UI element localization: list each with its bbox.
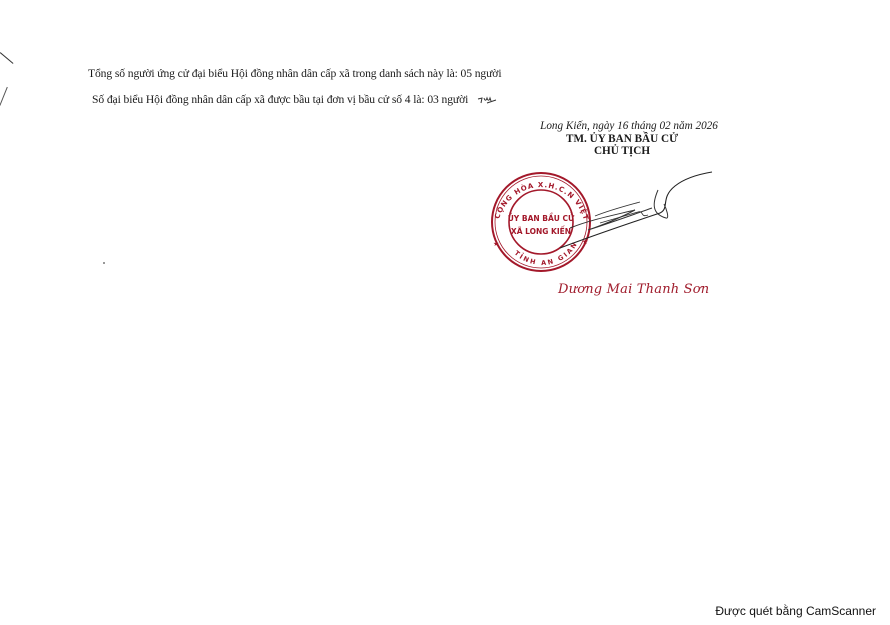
signature-block: Long Kiến, ngày 16 tháng 02 năm 2026 TM.… xyxy=(490,120,740,157)
signer-name: Dương Mai Thanh Sơn xyxy=(558,282,709,297)
scanned-document-page: Tổng số người ứng cử đại biểu Hội đồng n… xyxy=(0,0,890,625)
organization-title: TM. ỦY BAN BẦU CỬ xyxy=(504,133,740,145)
elected-delegates-text: Số đại biểu Hội đồng nhân dân cấp xã đượ… xyxy=(92,93,468,106)
scan-speck xyxy=(103,262,105,264)
scan-edge-mark xyxy=(0,52,13,64)
seal-star-left: ★ xyxy=(493,240,499,248)
elected-delegates-line: Số đại biểu Hội đồng nhân dân cấp xã đượ… xyxy=(92,93,497,106)
place-date: Long Kiến, ngày 16 tháng 02 năm 2026 xyxy=(518,120,740,132)
scan-edge-mark xyxy=(0,87,8,106)
position-title: CHỦ TỊCH xyxy=(504,145,740,157)
total-candidates-text: Tổng số người ứng cử đại biểu Hội đồng n… xyxy=(88,67,501,80)
total-candidates-line: Tổng số người ứng cử đại biểu Hội đồng n… xyxy=(88,67,501,80)
camscanner-watermark: Được quét bằng CamScanner xyxy=(715,604,876,618)
handwritten-signature-icon xyxy=(540,168,715,258)
initials-mark-icon xyxy=(477,95,497,105)
